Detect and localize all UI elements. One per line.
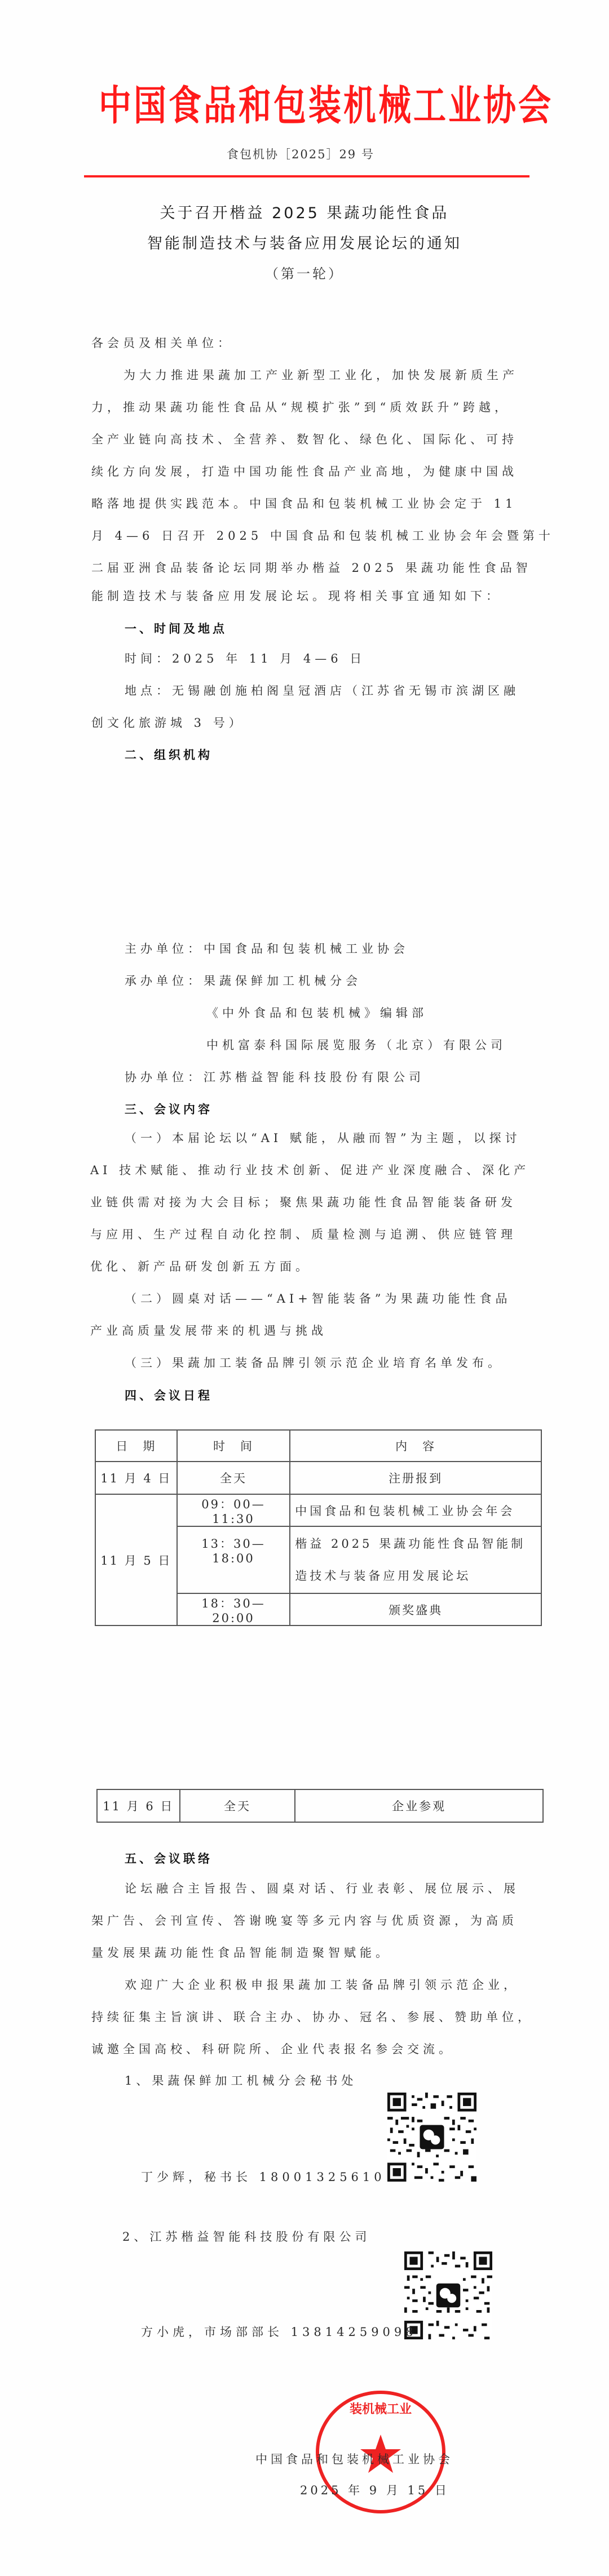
content-item-2: 产业高质量发展带来的机遇与挑战 <box>90 1324 327 1338</box>
content-item-1: 优化、新产品研发创新五方面。 <box>90 1260 311 1273</box>
table-row: 11 月 5 日 09：00—11:30 中国食品和包装机械工业协会年会 <box>95 1494 541 1526</box>
table-header-row: 日 期 时 间 内 容 <box>95 1430 541 1462</box>
content-item-3: （三）果蔬加工装备品牌引领示范企业培育名单发布。 <box>125 1356 504 1370</box>
row-date: 11 月 4 日 <box>95 1462 177 1494</box>
contact-para-1: 论坛融合主旨报告、圆桌对话、行业表彰、展位展示、展 <box>125 1882 519 1895</box>
subject-line-2: 智能制造技术与装备应用发展论坛的通知 <box>0 231 609 253</box>
contact-org-1: 1、果蔬保鲜加工机械分会秘书处 <box>125 2074 357 2088</box>
row-time: 09：00—11:30 <box>177 1494 290 1526</box>
meeting-place-cont: 创文化旅游城 3 号） <box>91 716 245 730</box>
contact-para-1: 量发展果蔬功能性食品智能制造聚智赋能。 <box>91 1946 391 1960</box>
red-divider <box>84 175 529 177</box>
meeting-place: 地点：无锡融创施柏阁皇冠酒店（江苏省无锡市滨湖区融 <box>125 684 519 698</box>
row-time: 全天 <box>180 1789 295 1822</box>
intro-line: 为大力推进果蔬加工产业新型工业化，加快发展新质生产 <box>123 368 518 382</box>
section-heading-time-place: 一、时间及地点 <box>125 620 227 637</box>
subject-round: （第一轮） <box>0 263 609 282</box>
wechat-qr-icon[interactable] <box>404 2251 492 2339</box>
svg-text:装机械工业: 装机械工业 <box>350 2402 412 2417</box>
schedule-table-continued: 11 月 6 日 全天 企业参观 <box>96 1789 544 1823</box>
intro-line: 二届亚洲食品装备论坛同期举办楷益 2025 果蔬功能性食品智 <box>91 561 532 575</box>
schedule-table: 日 期 时 间 内 容 11 月 4 日 全天 注册报到 11 月 5 日 09… <box>95 1429 542 1626</box>
row-time: 全天 <box>177 1462 290 1494</box>
org-title: 中国食品和包装机械工业协会 <box>99 79 553 132</box>
document-page: 中国食品和包装机械工业协会 食包机协［2025］29 号 关于召开楷益 2025… <box>0 0 609 2576</box>
host-unit: 主办单位：中国食品和包装机械工业协会 <box>125 942 409 956</box>
contact-person-2: 方小虎，市场部部长 13814259098 <box>141 2325 417 2339</box>
subject-line-1: 关于召开楷益 2025 果蔬功能性食品 <box>0 201 609 223</box>
row-content: 企业参观 <box>295 1789 543 1822</box>
signature-date: 2025 年 9 月 15 日 <box>300 2484 449 2497</box>
table-row: 11 月 6 日 全天 企业参观 <box>97 1789 543 1822</box>
section-heading-organization: 二、组织机构 <box>125 746 213 763</box>
content-item-1: 与应用、生产过程自动化控制、质量检测与追溯、供应链管理 <box>90 1228 517 1241</box>
contact-para-2: 诚邀全国高校、科研院所、企业代表报名参会交流。 <box>91 2042 454 2056</box>
doc-number: 食包机协［2025］29 号 <box>227 145 374 162</box>
intro-line: 续化方向发展，打造中国功能性食品产业高地，为健康中国战 <box>91 465 518 478</box>
contact-org-2: 2、江苏楷益智能科技股份有限公司 <box>122 2230 370 2244</box>
row-content: 注册报到 <box>290 1462 541 1494</box>
intro-line: 全产业链向高技术、全营养、数智化、绿色化、国际化、可持 <box>91 433 518 446</box>
intro-line: 略落地提供实践范本。中国食品和包装机械工业协会定于 11 <box>91 497 517 510</box>
header-time: 时 间 <box>177 1430 290 1462</box>
organizer-unit-3: 中机富泰科国际展览服务（北京）有限公司 <box>206 1038 506 1052</box>
content-item-1: AI 技术赋能、推动行业技术创新、促进产业深度融合、深化产 <box>90 1163 529 1177</box>
section-heading-content: 三、会议内容 <box>125 1100 213 1117</box>
contact-para-2: 持续征集主旨演讲、联合主办、协办、冠名、参展、赞助单位， <box>91 2010 533 2024</box>
row-date: 11 月 5 日 <box>95 1494 177 1625</box>
table-row: 11 月 4 日 全天 注册报到 <box>95 1462 541 1494</box>
salutation: 各会员及相关单位： <box>91 336 233 350</box>
signature-org: 中国食品和包装机械工业协会 <box>255 2453 453 2466</box>
row-date: 11 月 6 日 <box>97 1789 180 1822</box>
row-content: 中国食品和包装机械工业协会年会 <box>290 1494 541 1526</box>
wechat-qr-icon[interactable] <box>387 2093 476 2182</box>
contact-para-1: 架广告、会刊宣传、答谢晚宴等多元内容与优质资源，为高质 <box>91 1914 518 1927</box>
co-organizer-unit: 协办单位：江苏楷益智能科技股份有限公司 <box>125 1071 425 1084</box>
header-content: 内 容 <box>290 1430 541 1462</box>
row-content: 颁奖盛典 <box>290 1593 541 1625</box>
section-heading-contact: 五、会议联络 <box>125 1850 213 1867</box>
meeting-time: 时间：2025 年 11 月 4—6 日 <box>125 652 365 665</box>
contact-para-2: 欢迎广大企业积极申报果蔬加工装备品牌引领示范企业， <box>125 1978 519 1992</box>
section-heading-schedule: 四、会议日程 <box>125 1387 213 1404</box>
intro-line: 能制造技术与装备应用发展论坛。现将相关事宜通知如下： <box>91 589 502 603</box>
content-item-1: 业链供需对接为大会目标；聚焦果蔬功能性食品智能装备研发 <box>90 1196 517 1209</box>
intro-line: 月 4—6 日召开 2025 中国食品和包装机械工业协会年会暨第十 <box>91 529 554 543</box>
contact-person-1: 丁少辉，秘书长 18001325610 <box>141 2170 386 2184</box>
organizer-unit: 承办单位：果蔬保鲜加工机械分会 <box>125 974 361 988</box>
content-item-2: （二）圆桌对话——“AI+智能装备”为果蔬功能性食品 <box>125 1292 511 1305</box>
row-time: 18：30—20:00 <box>177 1593 290 1625</box>
intro-line: 力，推动果蔬功能性食品从“规模扩张”到“质效跃升”跨越， <box>91 401 510 414</box>
row-time: 13：30—18:00 <box>177 1526 290 1593</box>
content-item-1: （一）本届论坛以“AI 赋能，从融而智”为主题，以探讨 <box>125 1131 521 1145</box>
header-date: 日 期 <box>95 1430 177 1462</box>
organizer-unit-2: 《中外食品和包装机械》编辑部 <box>206 1006 427 1020</box>
row-content: 楷益 2025 果蔬功能性食品智能制造技术与装备应用发展论坛 <box>290 1526 541 1593</box>
